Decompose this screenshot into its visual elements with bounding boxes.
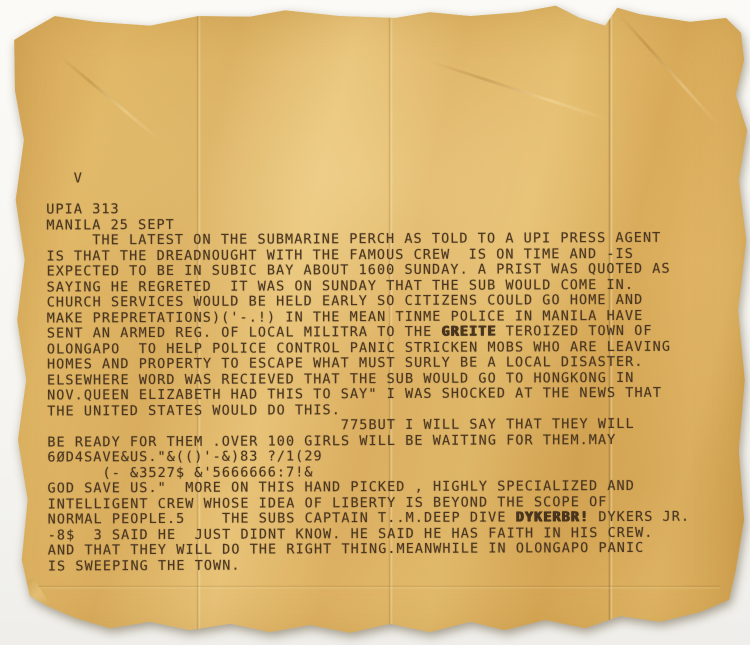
scanned-document: VUPIA 313MANILA 25 SEPT THE LATEST ON TH… (0, 0, 750, 645)
diagonal-crease (430, 60, 612, 122)
overstruck-word: GREITE (441, 324, 496, 340)
telegram-paper: VUPIA 313MANILA 25 SEPT THE LATEST ON TH… (0, 0, 750, 645)
typed-line: IS SWEEPING THE TOWN. (48, 556, 728, 574)
typed-segment: UPIA 313 (46, 201, 119, 217)
diagonal-crease (617, 12, 720, 125)
diagonal-crease (59, 55, 161, 141)
typed-segment: 6ØD4SAVE&US."&(()'-&)83 ?/1(29 (47, 448, 322, 465)
horizontal-crease (30, 585, 720, 589)
typed-text: VUPIA 313MANILA 25 SEPT THE LATEST ON TH… (46, 169, 728, 575)
typed-segment: NOV.QUEEN ELIZABETH HAD THIS TO SAY" I W… (47, 385, 662, 404)
typed-segment: (- &3527$ &'5666666:7!& (47, 464, 313, 481)
typed-line: NOV.QUEEN ELIZABETH HAD THIS TO SAY" I W… (47, 386, 727, 404)
typed-line: AND THAT THEY WILL DO THE RIGHT THING.ME… (48, 541, 728, 559)
typed-segment: MANILA 25 SEPT (46, 216, 175, 233)
paper-shadow-wrapper: VUPIA 313MANILA 25 SEPT THE LATEST ON TH… (0, 0, 750, 645)
typed-segment: IS SWEEPING THE TOWN. (48, 557, 241, 574)
folded-corner (10, 578, 52, 614)
typed-segment: DYKERS JR. (589, 509, 690, 525)
typed-segment: TEROIZED TOWN OF (497, 323, 653, 340)
typed-segment: BE READY FOR THEM .OVER 100 GIRLS WILL B… (47, 432, 616, 450)
overstruck-word: DYKERBR! (516, 509, 589, 525)
typed-segment: V (46, 170, 83, 186)
typed-segment: AND THAT THEY WILL DO THE RIGHT THING.ME… (48, 540, 645, 559)
